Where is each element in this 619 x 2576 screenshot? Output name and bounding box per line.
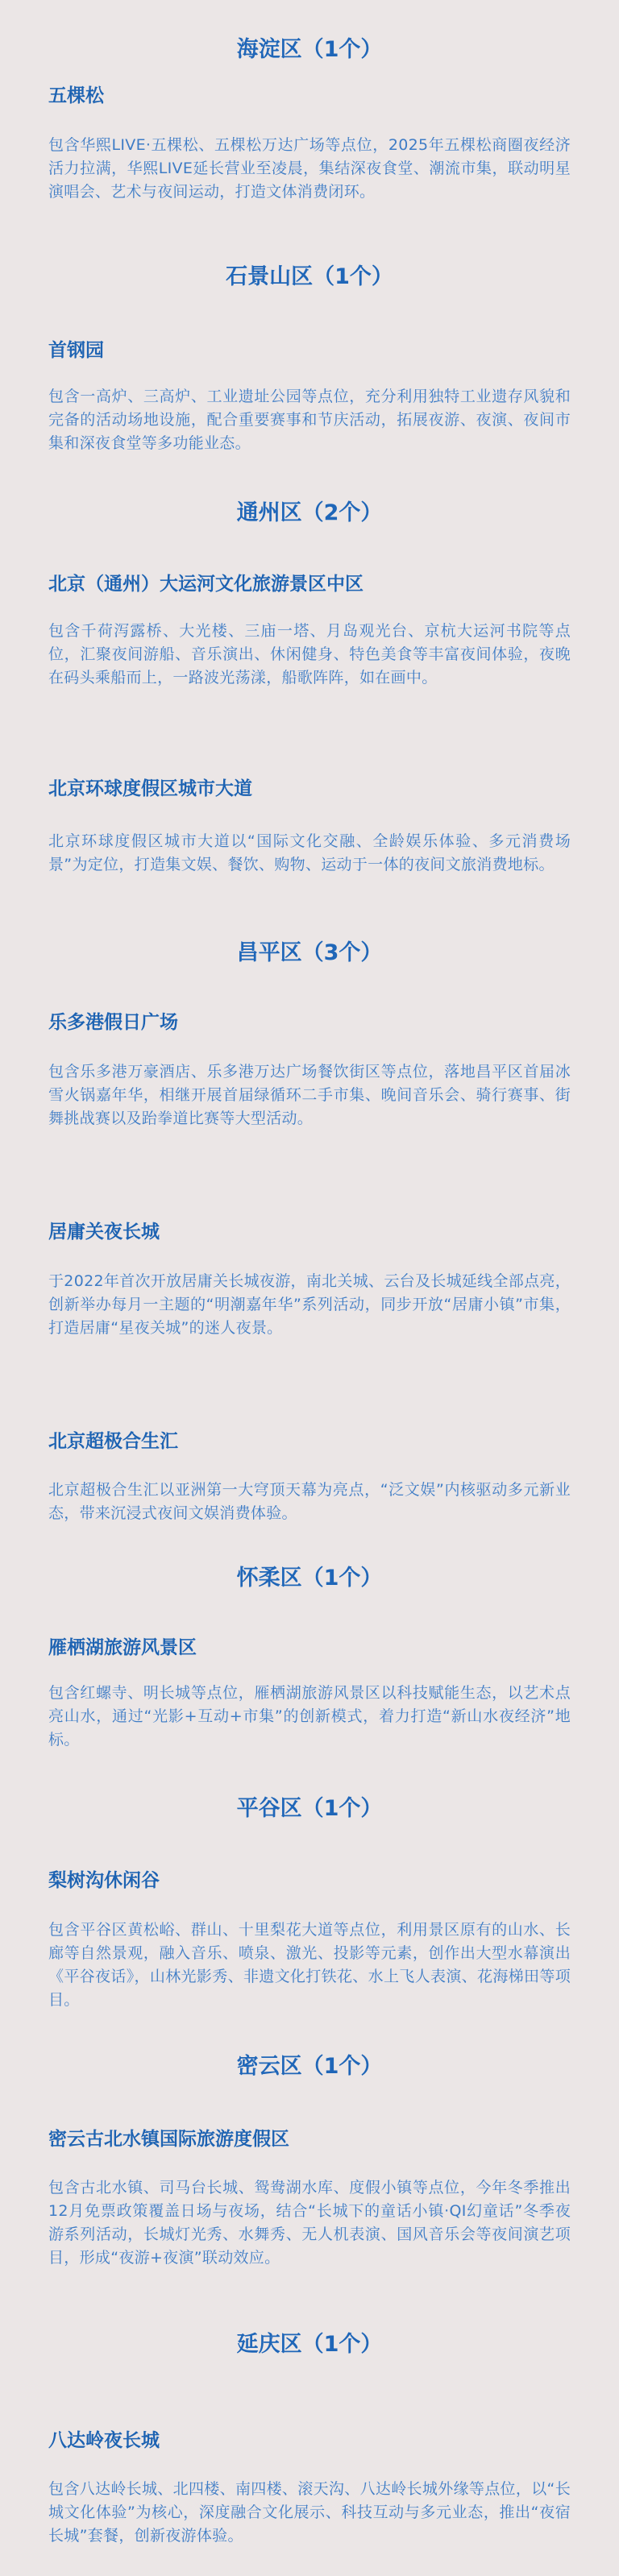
venue-description: 包含八达岭长城、北四楼、南四楼、滚天沟、八达岭长城外缘等点位，以“长城文化体验”… <box>48 2478 571 2548</box>
venue-title: 雁栖湖旅游风景区 <box>48 1636 580 1660</box>
venue-title: 乐多港假日广场 <box>48 1010 580 1035</box>
district-heading: 昌平区（3个） <box>0 940 619 967</box>
district-heading: 石景山区（1个） <box>0 263 619 291</box>
venue-description: 北京环球度假区城市大道以“国际文化交融、全龄娱乐体验、多元消费场景”为定位，打造… <box>48 830 571 877</box>
venue-title: 北京（通州）大运河文化旅游景区中区 <box>48 572 580 596</box>
venue-title: 北京环球度假区城市大道 <box>48 777 580 801</box>
venue-title: 八达岭夜长城 <box>48 2429 580 2453</box>
venue-description: 包含一高炉、三高炉、工业遗址公园等点位，充分利用独特工业遗存风貌和完备的活动场地… <box>48 385 571 455</box>
venue-title: 居庸关夜长城 <box>48 1220 580 1244</box>
venue-description: 包含乐多港万豪酒店、乐多港万达广场餐饮街区等点位，落地昌平区首届冰雪火锅嘉年华，… <box>48 1060 571 1130</box>
district-heading: 平谷区（1个） <box>0 1795 619 1823</box>
venue-description: 包含平谷区黄松峪、群山、十里梨花大道等点位，利用景区原有的山水、长廊等自然景观，… <box>48 1919 571 2012</box>
district-heading: 怀柔区（1个） <box>0 1565 619 1592</box>
venue-title: 密云古北水镇国际旅游度假区 <box>48 2127 580 2151</box>
venue-description: 包含红螺寺、明长城等点位，雁栖湖旅游风景区以科技赋能生态，以艺术点亮山水，通过“… <box>48 1682 571 1752</box>
district-heading: 通州区（2个） <box>0 500 619 527</box>
venue-title: 五棵松 <box>48 84 580 108</box>
night-economy-venue-list: 海淀区（1个） 五棵松 包含华熙LIVE·五棵松、五棵松万达广场等点位，2025… <box>0 0 619 2576</box>
venue-description: 包含千荷泻露桥、大光楼、三庙一塔、月岛观光台、京杭大运河书院等点位，汇聚夜间游船… <box>48 620 571 690</box>
district-heading: 密云区（1个） <box>0 2053 619 2080</box>
district-heading: 延庆区（1个） <box>0 2331 619 2358</box>
venue-title: 梨树沟休闲谷 <box>48 1869 580 1893</box>
venue-title: 北京超极合生汇 <box>48 1429 580 1454</box>
venue-description: 包含古北水镇、司马台长城、鸳鸯湖水库、度假小镇等点位，今年冬季推出12月免票政策… <box>48 2176 571 2270</box>
venue-description: 包含华熙LIVE·五棵松、五棵松万达广场等点位，2025年五棵松商圈夜经济活力拉… <box>48 134 571 204</box>
district-heading: 海淀区（1个） <box>0 36 619 64</box>
venue-title: 首钢园 <box>48 338 580 363</box>
venue-description: 北京超极合生汇以亚洲第一大穹顶天幕为亮点，“泛文娱”内核驱动多元新业态，带来沉浸… <box>48 1479 571 1525</box>
venue-description: 于2022年首次开放居庸关长城夜游，南北关城、云台及长城延线全部点亮，创新举办每… <box>48 1270 571 1340</box>
